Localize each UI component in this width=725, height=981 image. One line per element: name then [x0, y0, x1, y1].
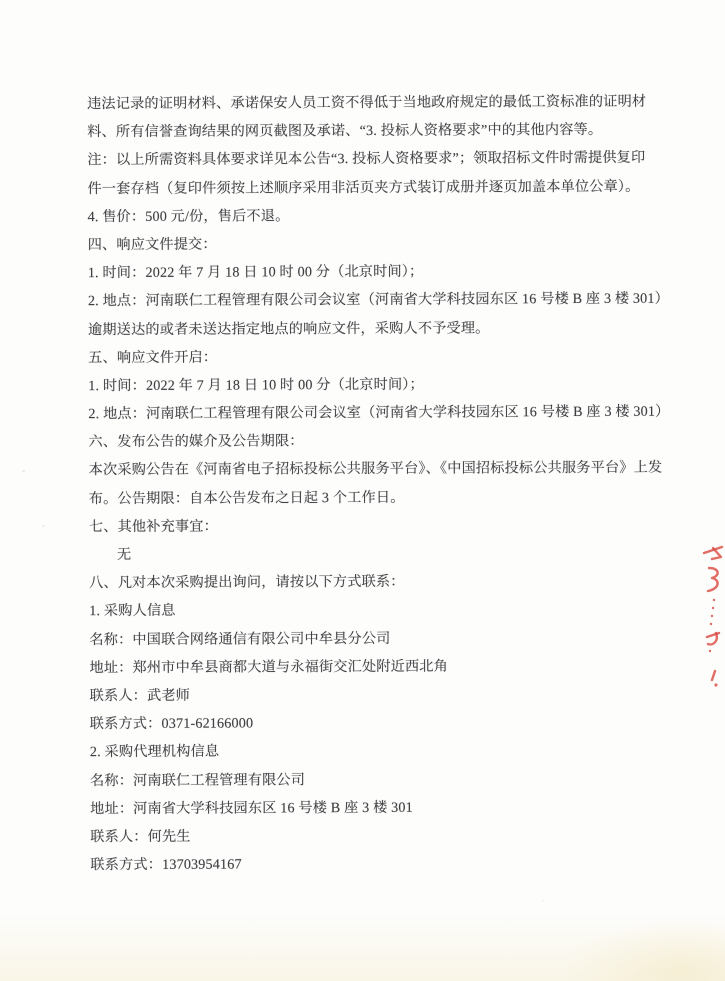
text-line: 2. 采购代理机构信息 — [90, 736, 655, 767]
text-line: 本次采购公告在《河南省电子招标投标公共服务平台》、《中国招标投标公共服务平台》上… — [89, 454, 654, 485]
text-line: 联系方式：0371-62166000 — [90, 708, 655, 739]
text-line: 五、响应文件开启： — [88, 341, 653, 372]
text-line: 1. 时间：2022 年 7 月 18 日 10 时 00 分（北京时间）； — [88, 370, 653, 401]
text-line: 六、发布公告的媒介及公告期限： — [88, 426, 653, 457]
text-line: 布。公告期限：自本公告发布之日起 3 个工作日。 — [89, 482, 654, 513]
scan-noise-specks — [22, 470, 25, 472]
scanned-page: 违法记录的证明材料、承诺保安人员工资不得低于当地政府规定的最低工资标准的证明材料… — [0, 0, 725, 981]
text-line: 八、凡对本次采购提出询问，请按以下方式联系： — [89, 567, 654, 598]
text-line: 地址：河南省大学科技园东区 16 号楼 B 座 3 楼 301 — [90, 792, 655, 823]
text-line: 联系人：武老师 — [90, 680, 655, 711]
text-line: 七、其他补充事宜： — [89, 511, 654, 542]
text-line: 2. 地点：河南联仁工程管理有限公司会议室（河南省大学科技园东区 16 号楼 B… — [88, 285, 653, 316]
text-line: 4. 售价：500 元/份，售后不退。 — [87, 200, 652, 231]
text-line: 逾期送达的或者未送达指定地点的响应文件，采购人不予受理。 — [88, 313, 653, 344]
text-line: 无 — [89, 539, 654, 570]
stamp-strokes-icon — [700, 544, 725, 694]
text-line: 违法记录的证明材料、承诺保安人员工资不得低于当地政府规定的最低工资标准的证明材 — [87, 88, 652, 119]
document-body: 违法记录的证明材料、承诺保安人员工资不得低于当地政府规定的最低工资标准的证明材料… — [87, 88, 655, 880]
text-line: 地址：郑州市中牟县商都大道与永福街交汇处附近西北角 — [89, 651, 654, 682]
text-line: 1. 采购人信息 — [89, 595, 654, 626]
text-line: 名称：河南联仁工程管理有限公司 — [90, 764, 655, 795]
text-line: 件一套存档（复印件须按上述顺序采用非活页夹方式装订成册并逐页加盖本单位公章）。 — [87, 172, 652, 203]
text-line: 注：以上所需资料具体要求详见本公告“3. 投标人资格要求”；领取招标文件时需提供… — [87, 144, 652, 175]
text-line: 四、响应文件提交： — [88, 229, 653, 260]
text-line: 2. 地点：河南联仁工程管理有限公司会议室（河南省大学科技园东区 16 号楼 B… — [88, 398, 653, 429]
text-line: 联系方式：13703954167 — [90, 849, 655, 880]
text-line: 名称：中国联合网络通信有限公司中牟县分公司 — [89, 623, 654, 654]
text-line: 料、所有信誉查询结果的网页截图及承诺、“3. 投标人资格要求”中的其他内容等。 — [87, 116, 652, 147]
red-stamp-fragment — [700, 544, 725, 694]
text-line: 1. 时间：2022 年 7 月 18 日 10 时 00 分（北京时间）； — [88, 257, 653, 288]
text-line: 联系人：何先生 — [90, 821, 655, 852]
